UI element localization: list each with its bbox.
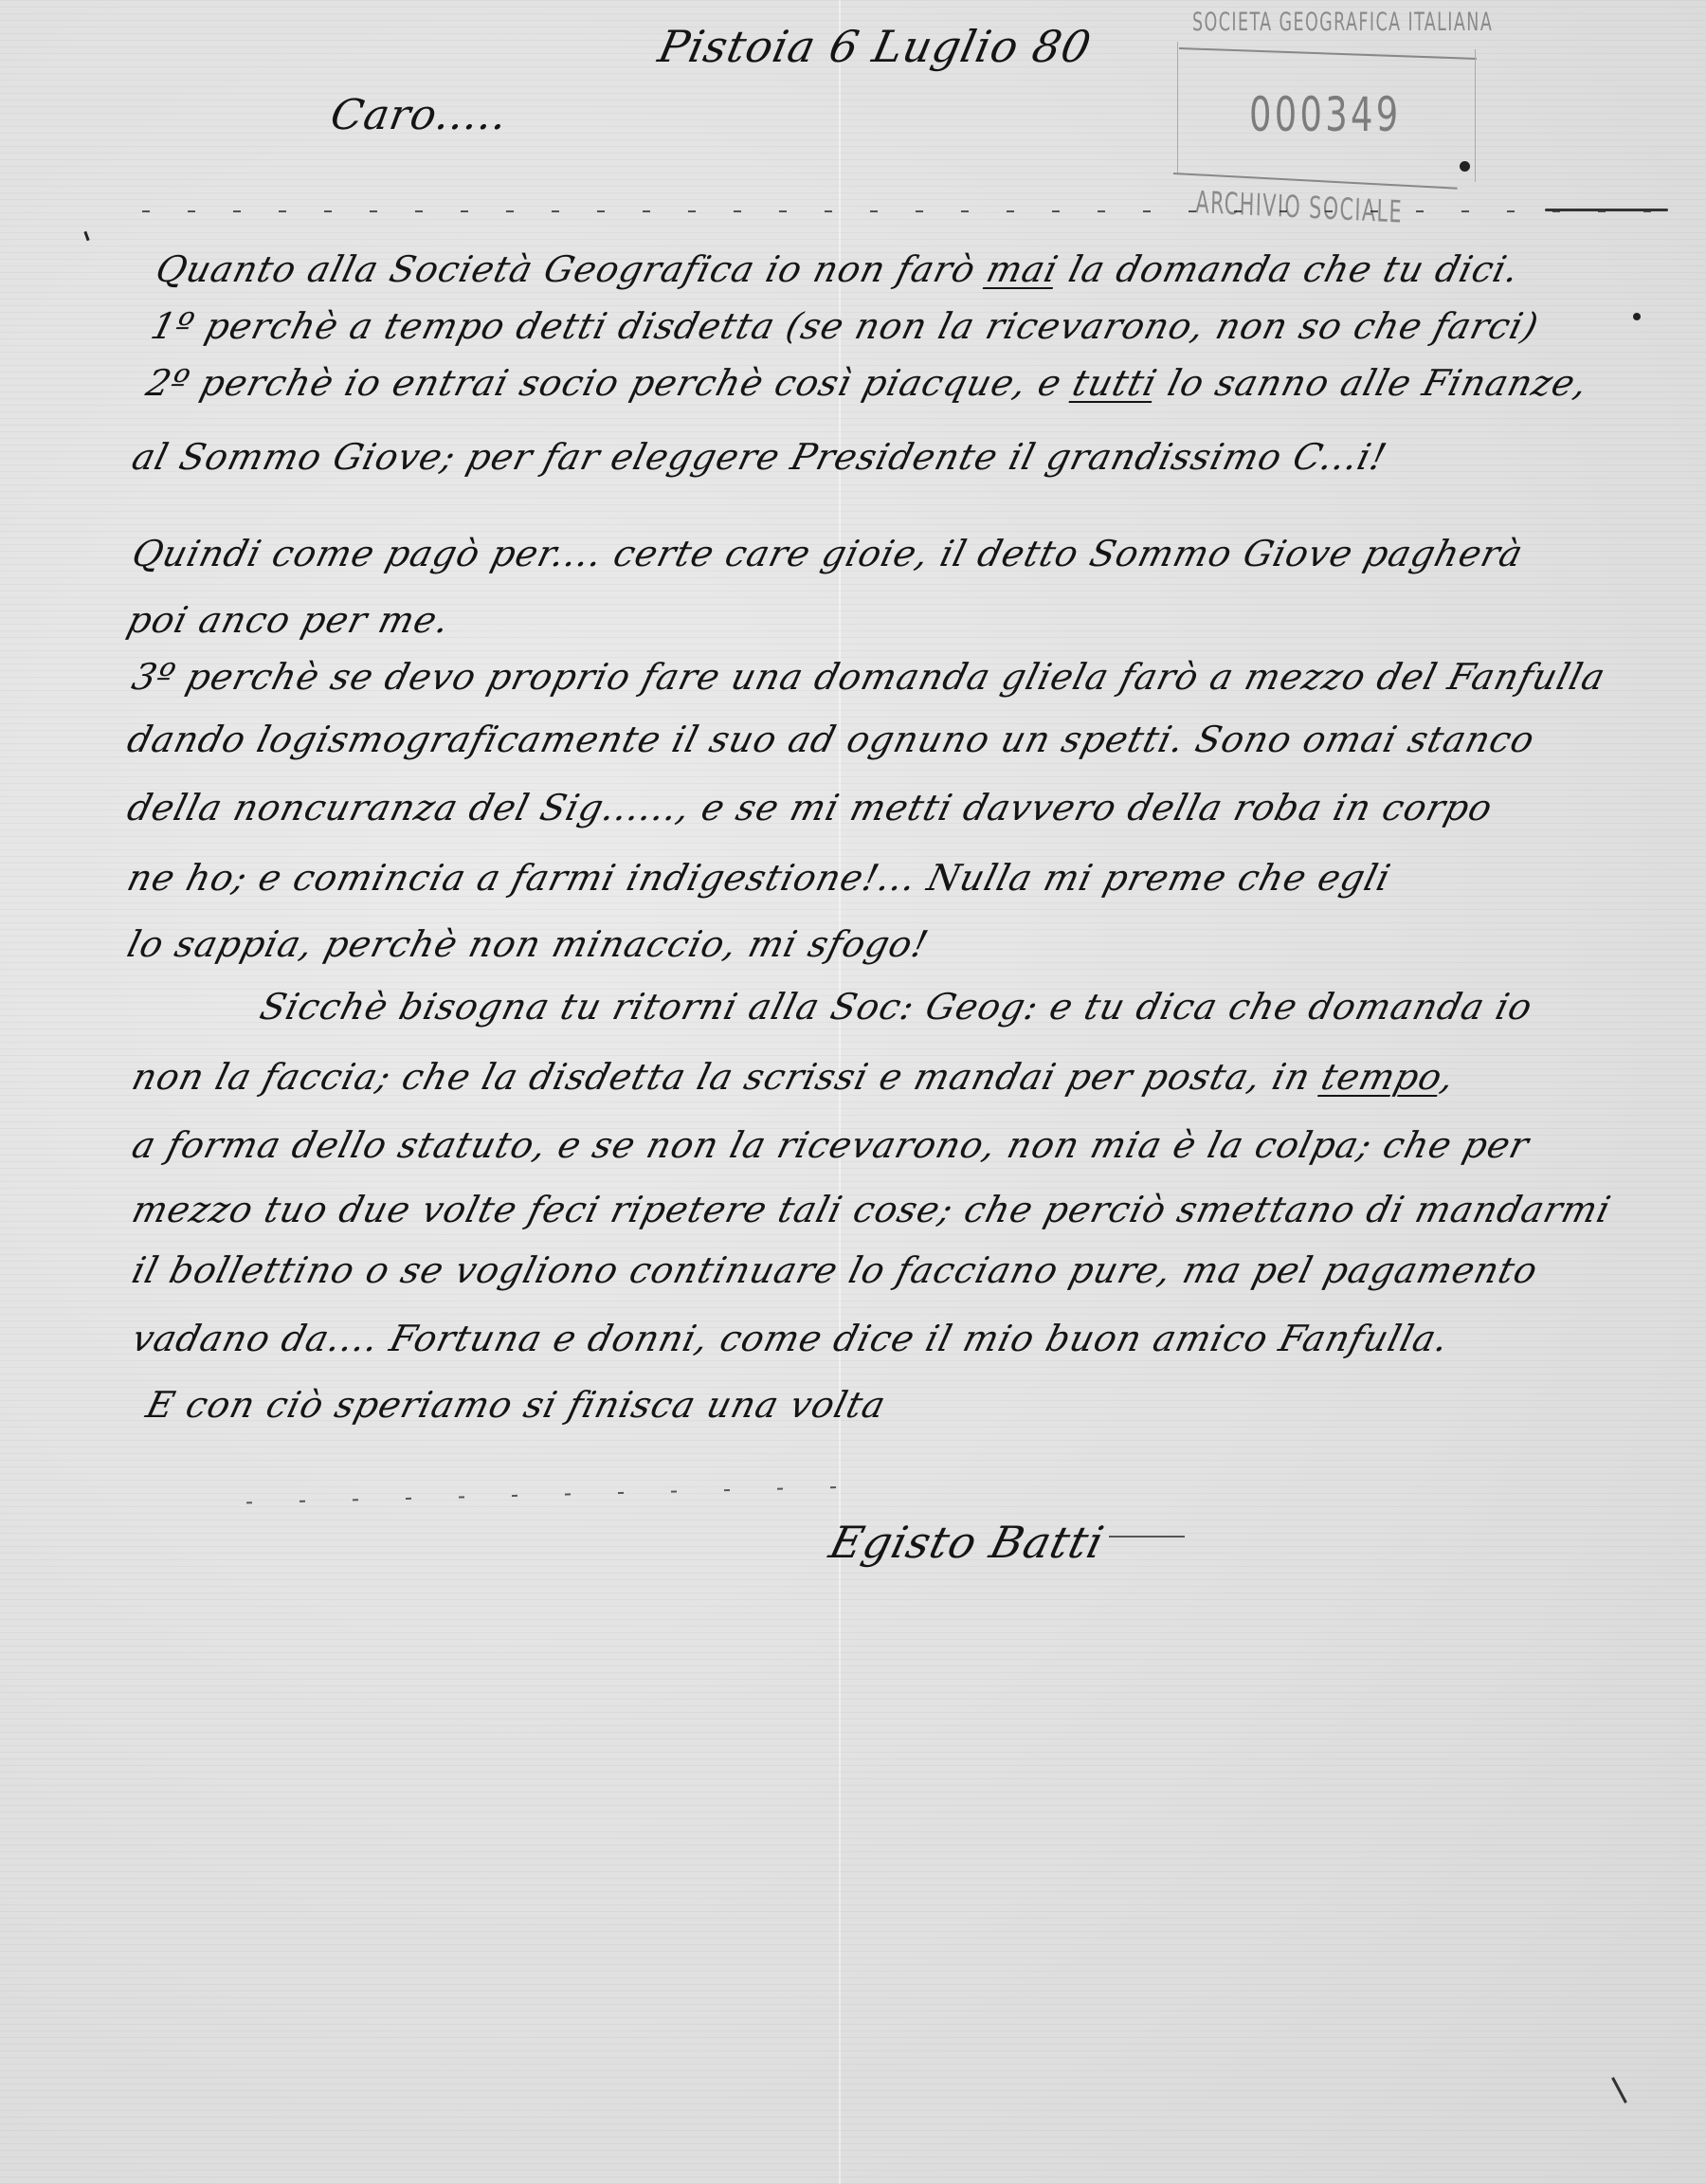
margin-mark <box>83 231 89 241</box>
letter-line: il bollettino o se vogliono continuare l… <box>128 1249 1542 1291</box>
line-text-after: la domanda che tu dici. <box>1052 248 1524 290</box>
line-text-after: lo sanno alle Finanze, <box>1152 362 1592 404</box>
signature-flourish <box>1109 1536 1185 1538</box>
line-text: non la faccia; che la disdetta la scriss… <box>128 1056 1328 1098</box>
letter-page: SOCIETA GEOGRAFICA ITALIANA 000349 ARCHI… <box>0 0 1706 2184</box>
stamp-ink-dot <box>1460 161 1470 172</box>
salutation: Caro..... <box>327 91 512 139</box>
line-text: 1º perchè a tempo detti disdetta (se non… <box>147 305 1543 347</box>
letter-line: E con ciò speriamo si finisca una volta <box>142 1384 890 1426</box>
stamp-divider-top <box>1179 47 1477 60</box>
stamp-archive: ARCHIVIO SOCIALE <box>1195 184 1404 230</box>
signature: Egisto Batti <box>825 1517 1110 1568</box>
letter-line: non la faccia; che la disdetta la scriss… <box>128 1056 1460 1098</box>
line-text: ne ho; e comincia a farmi indigestione!.… <box>123 857 1395 899</box>
stamp-border-left <box>1177 42 1178 174</box>
letter-line: a forma dello statuto, e se non la ricev… <box>128 1124 1534 1166</box>
place-date: Pistoia 6 Luglio 80 <box>654 21 1096 72</box>
separator-stroke <box>1545 209 1668 211</box>
stamp-border-right <box>1475 49 1476 182</box>
line-text: Quindi come pagò per.... certe care gioi… <box>128 533 1528 574</box>
letter-line: Sicchè bisogna tu ritorni alla Soc: Geog… <box>256 986 1537 1028</box>
corner-ink-mark <box>1611 2077 1627 2103</box>
letter-line: ne ho; e comincia a farmi indigestione!.… <box>123 857 1395 899</box>
line-text: vadano da.... Fortuna e donni, come dice… <box>128 1318 1454 1359</box>
ink-dot <box>1633 313 1641 320</box>
letter-line: Quindi come pagò per.... certe care gioi… <box>128 533 1528 574</box>
stamp-organization: SOCIETA GEOGRAFICA ITALIANA <box>1192 8 1452 37</box>
line-text: della noncuranza del Sig......, e se mi … <box>123 787 1497 828</box>
line-text: Quanto alla Società Geografica io non fa… <box>152 248 992 290</box>
line-text: poi anco per me. <box>123 599 454 641</box>
line-text: mezzo tuo due volte feci ripetere tali c… <box>128 1189 1615 1230</box>
letter-line: 2º perchè io entrai socio perchè così pi… <box>142 362 1592 404</box>
letter-line: Quanto alla Società Geografica io non fa… <box>152 248 1524 290</box>
letter-line: mezzo tuo due volte feci ripetere tali c… <box>128 1189 1615 1230</box>
letter-line: al Sommo Giove; per far eleggere Preside… <box>128 436 1391 478</box>
line-text: a forma dello statuto, e se non la ricev… <box>128 1124 1534 1166</box>
separator-dashes <box>142 210 1659 212</box>
line-text: dando logismograficamente il suo ad ognu… <box>123 719 1539 760</box>
letter-line: vadano da.... Fortuna e donni, come dice… <box>128 1318 1454 1359</box>
letter-line: 3º perchè se devo proprio fare una doman… <box>128 656 1610 698</box>
stamp-number: 000349 <box>1249 87 1401 142</box>
letter-line: poi anco per me. <box>123 599 454 641</box>
line-text: Sicchè bisogna tu ritorni alla Soc: Geog… <box>256 986 1537 1028</box>
line-text: 3º perchè se devo proprio fare una doman… <box>128 656 1610 698</box>
letter-line: lo sappia, perchè non minaccio, mi sfogo… <box>123 923 933 965</box>
letter-line: 1º perchè a tempo detti disdetta (se non… <box>147 305 1543 347</box>
line-text: al Sommo Giove; per far eleggere Preside… <box>128 436 1391 478</box>
line-text: 2º perchè io entrai socio perchè così pi… <box>142 362 1079 404</box>
letter-line: dando logismograficamente il suo ad ognu… <box>123 719 1539 760</box>
line-text: il bollettino o se vogliono continuare l… <box>128 1249 1542 1291</box>
line-text: E con ciò speriamo si finisca una volta <box>142 1384 890 1426</box>
line-emphasis: tempo <box>1317 1056 1447 1098</box>
archive-stamp: SOCIETA GEOGRAFICA ITALIANA 000349 ARCHI… <box>1173 4 1571 222</box>
line-emphasis: tutti <box>1068 362 1161 404</box>
line-text: lo sappia, perchè non minaccio, mi sfogo… <box>123 923 933 965</box>
letter-line: della noncuranza del Sig......, e se mi … <box>123 787 1497 828</box>
line-emphasis: mai <box>982 248 1062 290</box>
closing-dashes <box>246 1486 853 1504</box>
